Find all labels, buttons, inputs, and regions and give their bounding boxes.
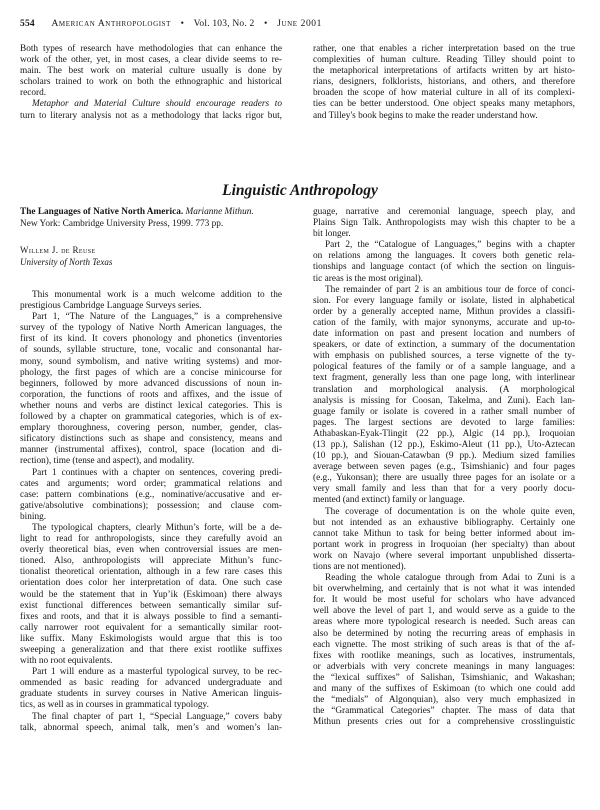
text-line: portant work in progress in Iroquoian (h…: [313, 540, 575, 551]
text-line: main. The best work on material culture …: [20, 66, 282, 77]
reviewer-name: Willem J. de Reuse: [20, 245, 112, 257]
text-line: the “medials” of Algonquian), also very …: [313, 695, 575, 706]
bullet-separator: •: [181, 19, 185, 29]
continuation-right-column: rather, one that enables a richer interp…: [313, 44, 575, 122]
text-line: complexities of human culture. Reading T…: [313, 55, 575, 66]
text-line: bit longer.: [313, 229, 575, 240]
text-line: tionalist theoretical orientation, altho…: [20, 567, 282, 578]
text-line: for. It would be most useful for scholar…: [313, 595, 575, 606]
text-line: Plains Sign Talk. Anthropologists may wi…: [313, 218, 575, 229]
text-line: exist functional differences between sem…: [20, 601, 282, 612]
text-line: survey of the typology of Native North A…: [20, 323, 282, 334]
text-line: tions are not mentioned).: [313, 562, 575, 573]
text-line: orientation does color her interpretatio…: [20, 578, 282, 589]
text-line: translation and morphological analysis. …: [313, 385, 575, 396]
text-line: the metaphorical interpretations of arti…: [313, 66, 575, 77]
text-line: and many of the suffixes of Eskimoan (to…: [313, 684, 575, 695]
text-line: ommended as basic reading for advanced u…: [20, 678, 282, 689]
text-line: tic areas is the most original).: [313, 274, 575, 285]
text-line: work of the other, yet, in most cases, a…: [20, 55, 282, 66]
text-line: well above the level of part 1, and woul…: [313, 606, 575, 617]
text-line: Part 1 will endure as a masterful typolo…: [20, 667, 282, 678]
text-line: prestigious Cambridge Language Surveys s…: [20, 301, 282, 312]
text-line: (13 pp.), Salishan (12 pp.), Eskimo-Aleu…: [313, 440, 575, 451]
text-line: the “Grammatical Categories” chapter. Th…: [313, 706, 575, 717]
text-line: tionships and language contact (of which…: [313, 262, 575, 273]
text-line: broaden the scope of how material cultur…: [313, 88, 575, 99]
text-line: date information on past and present loc…: [313, 329, 575, 340]
text-line: sion. For every language family or isola…: [313, 296, 575, 307]
text-line: analysis is missing for Coosan, Takelma,…: [313, 396, 575, 407]
text-line: scholars trained to work on both the eth…: [20, 77, 282, 88]
text-line: This monumental work is a much welcome a…: [20, 290, 282, 301]
emphasized-title: Metaphor and Material Culture: [32, 99, 160, 109]
text-line: would be the statement that in Yup’ik (E…: [20, 590, 282, 601]
text-line: light to read for anthropologists, since…: [20, 534, 282, 545]
text-line: rection), time (tense and aspect), and m…: [20, 456, 282, 467]
text-line: speakers, or date of extinction, a summa…: [313, 340, 575, 351]
text-line: gative/absolutive combinations); possess…: [20, 501, 282, 512]
text-line: followed by a chapter on grammatical cat…: [20, 412, 282, 423]
text-line: tioned. Also, anthropologists will appre…: [20, 556, 282, 567]
text-line: sificatory distinctions such as shape an…: [20, 434, 282, 445]
text-line: corporation, the functions of roots and …: [20, 390, 282, 401]
text-line: order by a generally accepted name, Mith…: [313, 307, 575, 318]
text-line: The typological chapters, clearly Mithun…: [20, 523, 282, 534]
text-line: guage family or isolate is covered in a …: [313, 407, 575, 418]
text-line: fixes with rootlike meanings, such as lo…: [313, 651, 575, 662]
page-number: 554: [20, 19, 35, 29]
text-line: or adverbials with very concrete meaning…: [313, 662, 575, 673]
text-line: mented (and extinct) family or language.: [313, 495, 575, 506]
text-line: on relations among the languages. It cov…: [313, 251, 575, 262]
text-line: (e.g., Yukonsan); there are usually thre…: [313, 473, 575, 484]
text-line: mony, sound symbolism, and native writin…: [20, 357, 282, 368]
review-right-column: guage, narrative and ceremonial language…: [313, 207, 575, 728]
text-line: overly theoretical bias, even when contr…: [20, 545, 282, 556]
text-line: tics, as well as in courses in grammatic…: [20, 700, 282, 711]
text-line: areas where more typological research is…: [313, 617, 575, 628]
text-line: also be determined by noting the recurri…: [313, 629, 575, 640]
text-line: cation of the family, with major synonym…: [313, 318, 575, 329]
journal-page: 554 American Anthropologist • Vol. 103, …: [0, 0, 600, 810]
text-line: (10 pp.), and Siouan-Catawban (9 pp.). M…: [313, 451, 575, 462]
text-line: with emphasis on published sources, a te…: [313, 351, 575, 362]
book-citation: The Languages of Native North America. M…: [20, 207, 282, 230]
text-line: text fragment, generally less than one p…: [313, 373, 575, 384]
running-head: 554 American Anthropologist • Vol. 103, …: [20, 19, 322, 29]
text-line: guage, narrative and ceremonial language…: [313, 207, 575, 218]
text-line: Reading the whole catalogue through from…: [313, 573, 575, 584]
text-line: record.: [20, 88, 282, 99]
text-line: phology, the first pages of which are a …: [20, 368, 282, 379]
journal-name: American Anthropologist: [51, 19, 171, 29]
text-line: the “lexical suffixes” of Salishan, Tsim…: [313, 673, 575, 684]
reviewer-block: Willem J. de Reuse University of North T…: [20, 245, 112, 268]
bullet-separator: •: [264, 19, 268, 29]
text-line: talk, abnormal speech, animal talk, men’…: [20, 723, 282, 734]
text-line: cannot take Mithun to task for being bet…: [313, 529, 575, 540]
text-line: and Tilley's book begins to make the rea…: [313, 111, 575, 122]
text-line: Part 1 continues with a chapter on sente…: [20, 468, 282, 479]
text-line: bining.: [20, 512, 282, 523]
text-line: average between seven pages (e.g., Tsims…: [313, 462, 575, 473]
text-line: fixes and roots, and that it is always p…: [20, 612, 282, 623]
text-line: turn to literary analysis not as a metho…: [20, 111, 282, 122]
text-line: pages. The largest sections are devoted …: [313, 418, 575, 429]
review-left-column: This monumental work is a much welcome a…: [20, 290, 282, 734]
text-line: Part 2, the “Catalogue of Languages,” be…: [313, 240, 575, 251]
text-line: work on Navajo (where several important …: [313, 551, 575, 562]
text-line: case: pattern combinations (e.g., nomina…: [20, 490, 282, 501]
text-line: each vignette. The most striking of such…: [313, 640, 575, 651]
text-line: like suffix. Many Eskimologists would ar…: [20, 634, 282, 645]
text-line: cates and arguments; word order; grammat…: [20, 479, 282, 490]
text-line: cally narrower root equivalent for a sem…: [20, 623, 282, 634]
continuation-left-column: Both types of research have methodologie…: [20, 44, 282, 122]
text-line: pological features of the family or of a…: [313, 362, 575, 373]
text-line: whether nouns and verbs are distinct lex…: [20, 401, 282, 412]
text-line: bit overwhelming, and certainly that is …: [313, 584, 575, 595]
text-line: Both types of research have methodologie…: [20, 44, 282, 55]
text-line: but not intended as an exhaustive biblio…: [313, 518, 575, 529]
text-line: Mithun presents cries out for a comprehe…: [313, 717, 575, 728]
publication-info: New York: Cambridge University Press, 19…: [20, 219, 223, 229]
book-title: The Languages of Native North America.: [20, 207, 183, 217]
text-line: very small family and less than that for…: [313, 484, 575, 495]
text-line: graduate students in survey courses in N…: [20, 689, 282, 700]
reviewer-affiliation: University of North Texas: [20, 257, 112, 269]
book-author: Marianne Mithun.: [186, 207, 254, 217]
text-line: The remainder of part 2 is an ambitious …: [313, 285, 575, 296]
text-line: first of its kind. It covers phonology a…: [20, 334, 282, 345]
text-line: manner (instrumental affixes), control, …: [20, 445, 282, 456]
volume-issue: Vol. 103, No. 2: [194, 19, 255, 29]
text-line: rians, designers, folklorists, historian…: [313, 77, 575, 88]
text-line: Part 1, “The Nature of the Languages,” i…: [20, 312, 282, 323]
text-line: ties can be better understood. One objec…: [313, 99, 575, 110]
issue-date: June 2001: [277, 19, 322, 29]
text-line: of sounds, syllable structure, tone, voc…: [20, 345, 282, 356]
text-line: The final chapter of part 1, “Special La…: [20, 712, 282, 723]
text-line: The coverage of documentation is on the …: [313, 507, 575, 518]
text-line: Athabaskan-Eyak-Tlingit (22 pp.), Algic …: [313, 429, 575, 440]
text-line: emplary thoroughness, covering person, n…: [20, 423, 282, 434]
section-heading: Linguistic Anthropology: [0, 182, 600, 200]
text-line: beginners, followed by more advanced dis…: [20, 379, 282, 390]
text-line: with no root equivalents.: [20, 656, 282, 667]
text-line: sweeping a generalization and that there…: [20, 645, 282, 656]
text-line-book-title: Metaphor and Material Culture should enc…: [20, 99, 282, 110]
text-line: rather, one that enables a richer interp…: [313, 44, 575, 55]
